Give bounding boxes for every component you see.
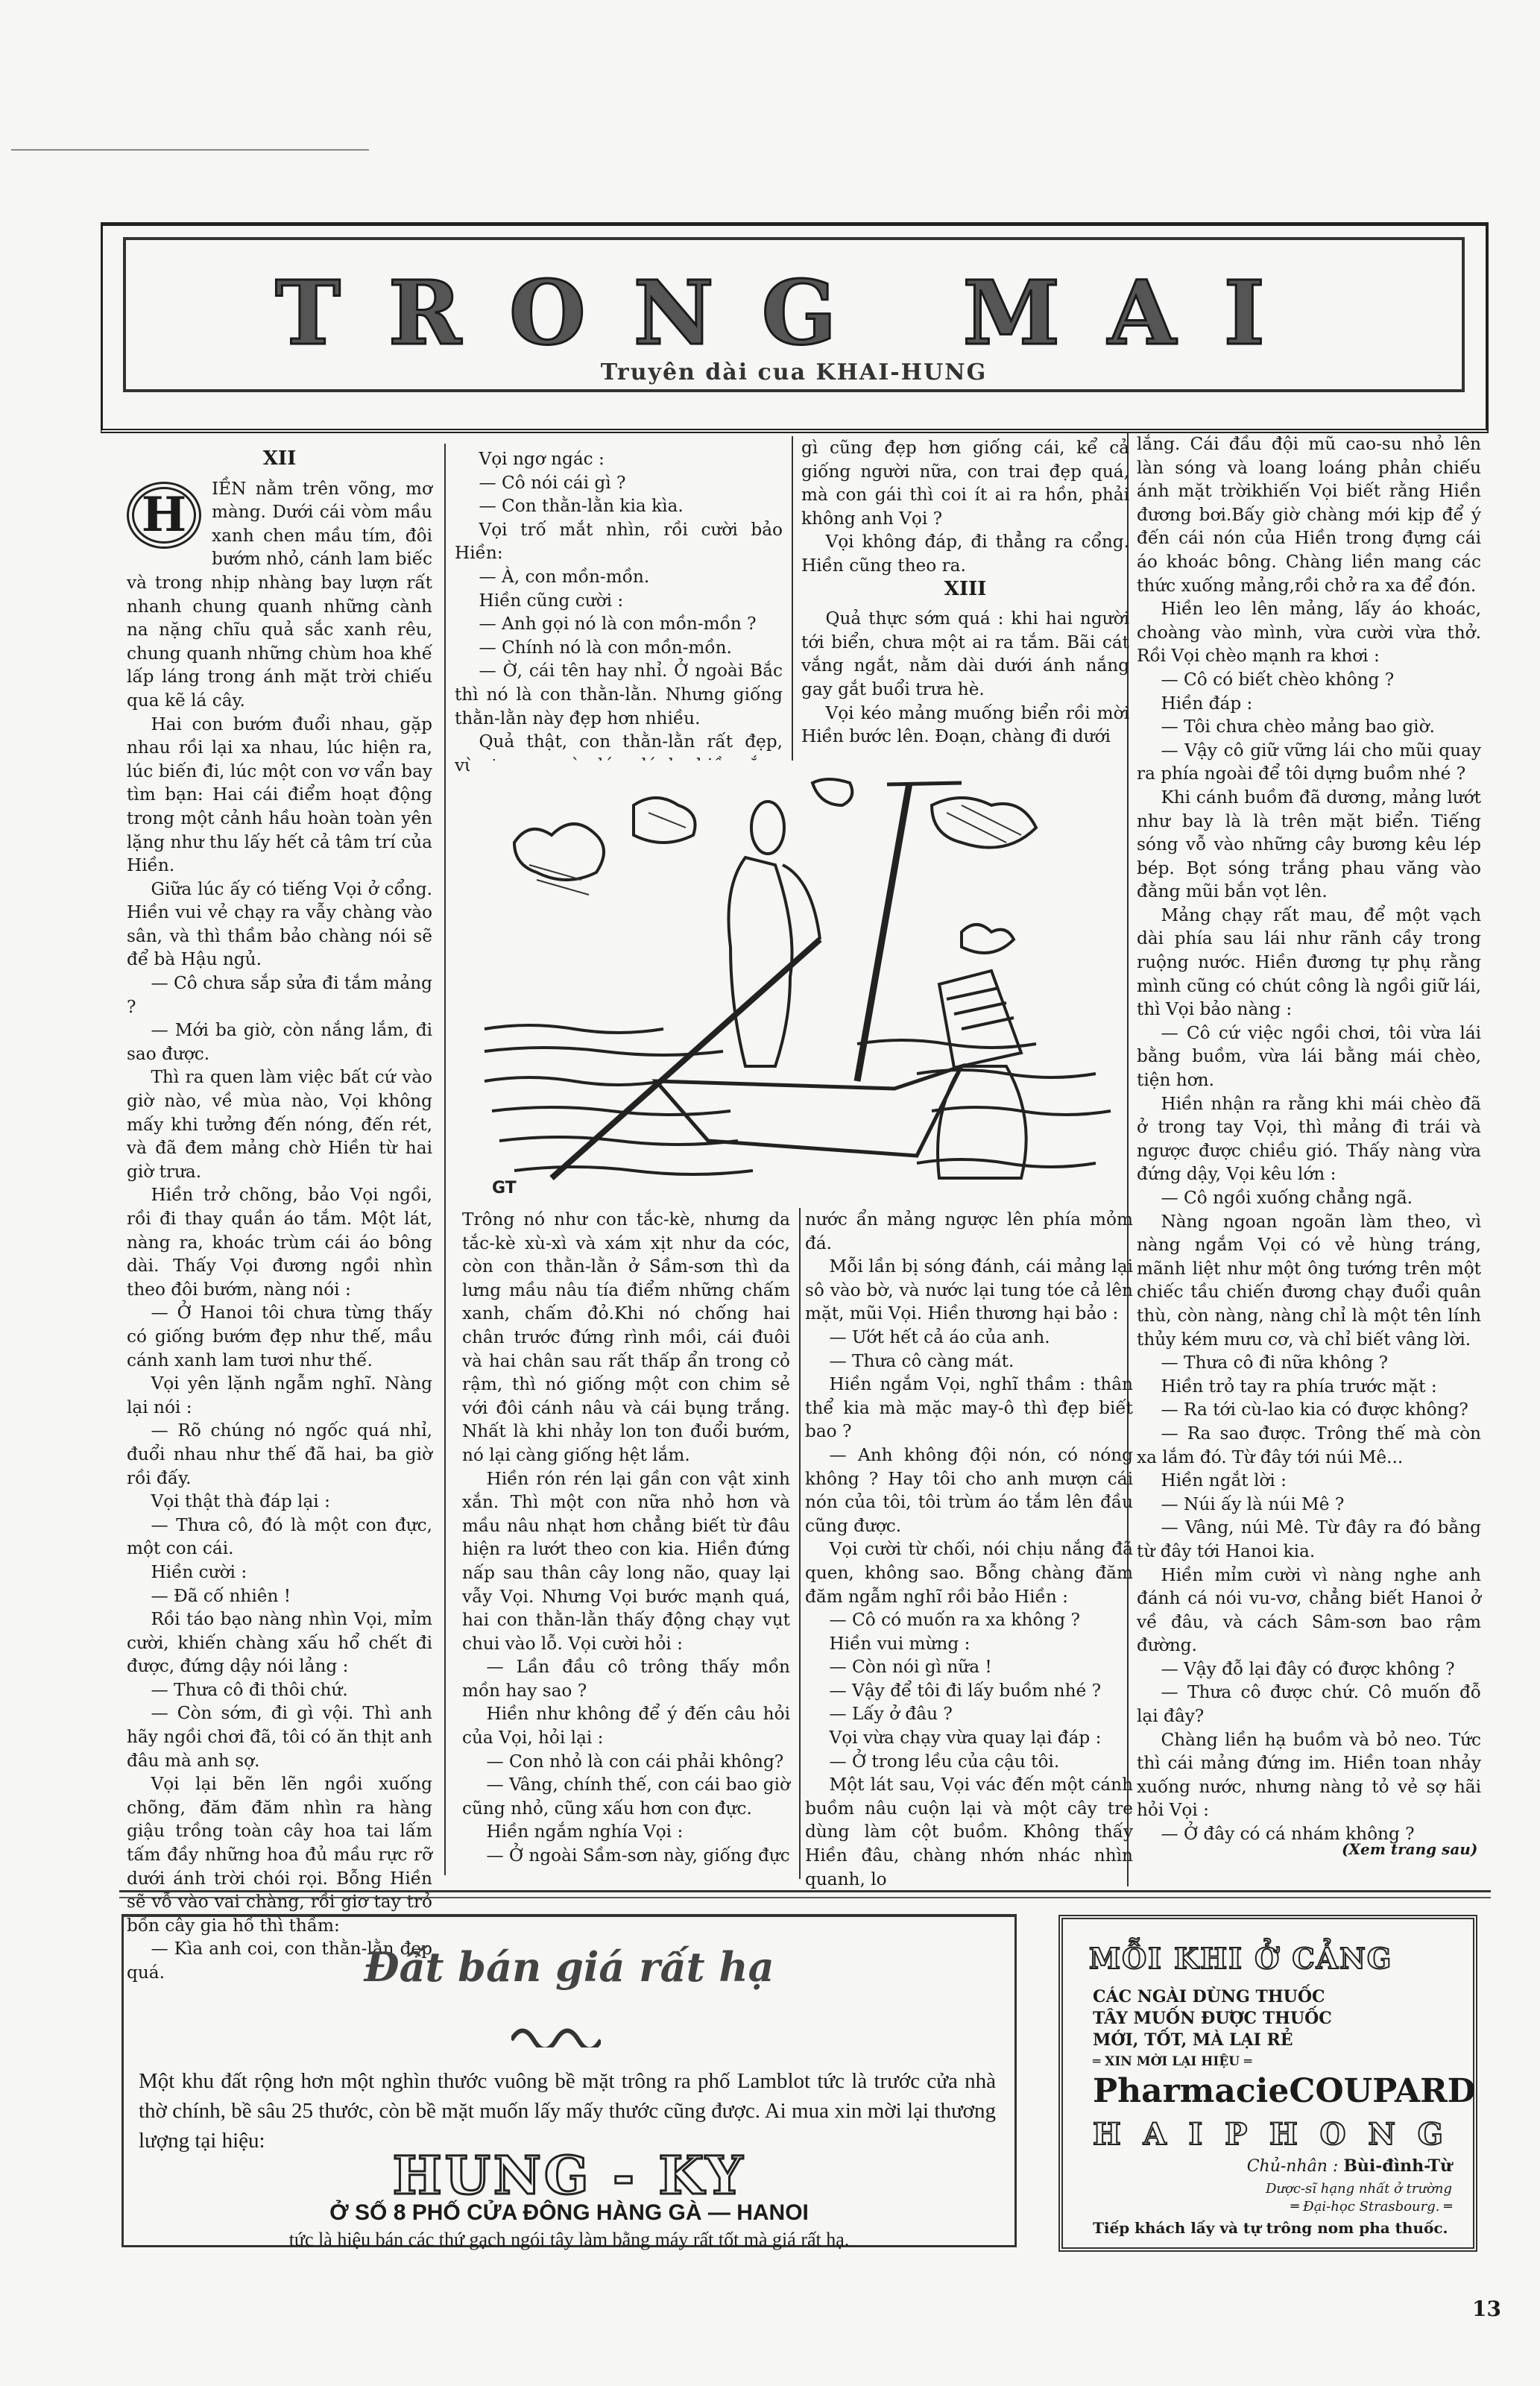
masthead: TRONG MAI Truyên dài cua KHAI-HUNG	[101, 209, 1487, 432]
pharmacy-advertisement: MỖI KHI Ở CẢNG CÁC NGÀI DÙNG THUỐC TÂY M…	[1058, 1915, 1477, 2252]
dialogue-line: — Cô nói cái gì ?	[455, 471, 783, 495]
dialogue-line: — Ở ngoài Sầm-sơn này, giống đực	[462, 1844, 790, 1868]
paragraph: Hiền mỉm cười vì nàng nghe anh đánh cá n…	[1137, 1564, 1481, 1658]
paragraph: Mỗi lần bị sóng đánh, cái mảng lại sô và…	[805, 1255, 1133, 1326]
column-3-top: gì cũng đẹp hơn giống cái, kể cả giống n…	[801, 436, 1129, 749]
section-divider	[119, 1890, 1491, 1898]
paragraph: Vọi kéo mảng muống biển rồi mời Hiền bướ…	[801, 702, 1129, 749]
paragraph: Mảng chạy rất mau, để một vạch dài phía …	[1137, 904, 1481, 1022]
paragraph: Hiền trỏ tay ra phía trước mặt :	[1137, 1375, 1481, 1399]
wave-ornament-icon	[511, 2018, 601, 2047]
dialogue-line: — Tôi chưa chèo mảng bao giờ.	[1137, 715, 1481, 739]
paragraph: Thì ra quen làm việc bất cứ vào giờ nào,…	[127, 1065, 432, 1183]
ad-brand-name: HUNG - KY	[124, 2144, 1014, 2206]
dialogue-line: — À, con mồn-mồn.	[455, 565, 783, 589]
woodcut-boat-illustration: GT	[470, 761, 1126, 1200]
paragraph: Rồi táo bạo nàng nhìn Vọi, mỉm cười, khi…	[127, 1608, 432, 1678]
ad-line: CÁC NGÀI DÙNG THUỐC	[1093, 1986, 1332, 2008]
dialogue-line: — Ra sao được. Trông thế mà còn xa lắm đ…	[1137, 1422, 1481, 1469]
dialogue-line: — Thưa cô đi nữa không ?	[1137, 1351, 1481, 1375]
paragraph: Hiền trở chõng, bảo Vọi ngồi, rồi đi tha…	[127, 1183, 432, 1301]
ad-header: MỖI KHI Ở CẢNG	[1089, 1942, 1392, 1975]
paragraph: Vọi yên lặnh ngẫm nghĩ. Nàng lại nói :	[127, 1372, 432, 1419]
paragraph: Hiền cũng cười :	[455, 589, 783, 613]
serial-byline: Truyên dài cua KHAI-HUNG	[126, 359, 1462, 385]
dialogue-line: — Ở Hanoi tôi chưa từng thấy có giống bư…	[127, 1301, 432, 1372]
paragraph: Vọi lại bẽn lẽn ngồi xuống chõng, đăm đă…	[127, 1772, 432, 1937]
masthead-inner-border: TRONG MAI Truyên dài cua KHAI-HUNG	[123, 237, 1465, 392]
pharmacy-owner: Chủ-nhân : Bùi-đình-Từ	[1247, 2156, 1452, 2176]
paragraph: Vọi vừa chạy vừa quay lại đáp :	[805, 1726, 1133, 1750]
continued-note: (Xem trang sau)	[1342, 1840, 1477, 1858]
paragraph: Hai con bướm đuổi nhau, gặp nhau rồi lại…	[127, 713, 432, 878]
dialogue-line: — Cô có muốn ra xa không ?	[805, 1608, 1133, 1632]
dialogue-line: — Cô chưa sắp sửa đi tắm mảng ?	[127, 972, 432, 1019]
pharmacy-city: HAIPHONG	[1093, 2117, 1443, 2152]
pharmacy-credentials: Dược-sĩ hạng nhất ở trường ═ Đại-học Str…	[1266, 2180, 1452, 2216]
dialogue-line: — Thưa cô đi thôi chứ.	[127, 1678, 432, 1702]
dialogue-line: — Đã cố nhiên !	[127, 1584, 432, 1608]
top-rule	[11, 149, 369, 151]
dialogue-line: — Mới ba giờ, còn nắng lắm, đi sao được.	[127, 1019, 432, 1065]
paragraph: Vọi thật thà đáp lại :	[127, 1490, 432, 1514]
paragraph: Trông nó như con tắc-kè, nhưng da tắc-kè…	[462, 1208, 790, 1467]
dialogue-line: — Anh không đội nón, có nóng không ? Hay…	[805, 1444, 1133, 1537]
ad-line: TÂY MUỐN ĐƯỢC THUỐC	[1093, 2008, 1332, 2030]
ad-line: MỚI, TỐT, MÀ LẠI RẺ	[1093, 2030, 1332, 2051]
dialogue-line: — Thưa cô, đó là một con đực, một con cá…	[127, 1514, 432, 1561]
chapter-heading-xii: XII	[127, 447, 432, 471]
paragraph: Hiền leo lên mảng, lấy áo khoác, choàng …	[1137, 597, 1481, 668]
column-divider	[792, 436, 793, 764]
pharmacy-name: Pharmacie COUPARD	[1093, 2072, 1443, 2110]
pharmacy-name-right: COUPARD	[1289, 2072, 1475, 2110]
dialogue-line: — Con nhỏ là con cái phải không?	[462, 1750, 790, 1774]
paragraph: Khi cánh buồm đã dương, mảng lướt như ba…	[1137, 786, 1481, 904]
dialogue-line: — Cô có biết chèo không ?	[1137, 668, 1481, 692]
paragraph: Vọi không đáp, đi thẳng ra cổng. Hiền cũ…	[801, 530, 1129, 577]
column-1: XII H IỀN nằm trên võng, mơ màng. Dưới c…	[127, 447, 432, 1985]
ad-address: Ở SỐ 8 PHỐ CỬA ĐÔNG HÀNG GÀ — HANOI	[124, 2200, 1014, 2226]
paragraph: Chàng liền hạ buồm và bỏ neo. Tức thì cá…	[1137, 1728, 1481, 1822]
paragraph: Một lát sau, Vọi vác đến một cánh buồm n…	[805, 1773, 1133, 1891]
ad-lines: CÁC NGÀI DÙNG THUỐC TÂY MUỐN ĐƯỢC THUỐC …	[1093, 1986, 1332, 2073]
paragraph: Hiền vui mừng :	[805, 1632, 1133, 1656]
paragraph: Hiền đáp :	[1137, 692, 1481, 716]
paragraph: Hiền ngắm nghía Vọi :	[462, 1820, 790, 1844]
dialogue-line: — Vâng, núi Mê. Từ đây ra đó bằng từ đây…	[1137, 1516, 1481, 1563]
dialogue-line: — Vậy để tôi đi lấy buồm nhé ?	[805, 1679, 1133, 1703]
dialogue-line: — Lần đầu cô trông thấy mồn mồn hay sao …	[462, 1655, 790, 1702]
dialogue-line: — Vậy đỗ lại đây có được không ?	[1137, 1658, 1481, 1681]
paragraph: Hiền cười :	[127, 1561, 432, 1584]
column-divider	[799, 1208, 801, 1879]
dialogue-line: — Rõ chúng nó ngốc quá nhỉ, đuổi nhau nh…	[127, 1419, 432, 1490]
paragraph: Vọi trố mắt nhìn, rồi cười bảo Hiền:	[455, 518, 783, 565]
paragraph: Vọi cười từ chối, nói chịu nắng đã quen,…	[805, 1537, 1133, 1608]
dialogue-line: — Ở trong lều của cậu tôi.	[805, 1750, 1133, 1774]
ad-body: Một khu đất rộng hơn một nghìn thước vuô…	[139, 2066, 996, 2156]
page-number: 13	[1472, 2297, 1501, 2321]
paragraph: gì cũng đẹp hơn giống cái, kể cả giống n…	[801, 436, 1129, 530]
dialogue-line: — Ướt hết cả áo của anh.	[805, 1326, 1133, 1350]
dialogue-line: — Còn nói gì nữa !	[805, 1655, 1133, 1679]
dialogue-line: — Con thằn-lằn kia kìa.	[455, 494, 783, 518]
column-divider	[444, 444, 446, 1875]
paragraph: lắng. Cái đầu đội mũ cao-su nhỏ lên làn …	[1137, 432, 1481, 597]
paragraph: Nàng ngoan ngoãn làm theo, vì nàng ngắm …	[1137, 1210, 1481, 1352]
artist-signature: GT	[492, 1179, 517, 1197]
dialogue-line: — Ra tới cù-lao kia có được không?	[1137, 1398, 1481, 1422]
land-sale-advertisement: Đất bán giá rất hạ Một khu đất rộng hơn …	[122, 1914, 1017, 2247]
pharmacy-name-left: Pharmacie	[1093, 2072, 1289, 2110]
dialogue-line: — Vâng, chính thế, con cái bao giờ cũng …	[462, 1773, 790, 1820]
serial-title: TRONG MAI	[126, 261, 1462, 365]
dialogue-line: — Lấy ở đâu ?	[805, 1702, 1133, 1726]
pharmacy-footer: Tiếp khách lấy và tự trông nom pha thuốc…	[1093, 2219, 1448, 2237]
dropcap-ornament: H	[127, 482, 201, 549]
dialogue-line: — Anh gọi nó là con mồn-mồn ?	[455, 612, 783, 636]
paragraph: Giữa lúc ấy có tiếng Vọi ở cổng. Hiền vu…	[127, 878, 432, 972]
column-3-bottom: nước ẩn mảng ngược lên phía mỏm đá. Mỗi …	[805, 1208, 1133, 1891]
paragraph: nước ẩn mảng ngược lên phía mỏm đá.	[805, 1208, 1133, 1255]
column-2-bottom: Trông nó như con tắc-kè, nhưng da tắc-kè…	[462, 1208, 790, 1868]
dialogue-line: — Cô ngồi xuống chẳng ngã.	[1137, 1186, 1481, 1210]
paragraph: Hiền rón rén lại gần con vật xinh xắn. T…	[462, 1467, 790, 1656]
dialogue-line: — Ờ, cái tên hay nhỉ. Ở ngoài Bắc thì nó…	[455, 659, 783, 730]
paragraph: Hiền ngắt lời :	[1137, 1469, 1481, 1493]
paragraph: Quả thực sớm quá : khi hai người tới biể…	[801, 607, 1129, 701]
column-4: lắng. Cái đầu đội mũ cao-su nhỏ lên làn …	[1137, 432, 1481, 1846]
paragraph: Vọi ngơ ngác :	[455, 447, 783, 471]
dialogue-line: — Cô cứ việc ngồi chơi, tôi vừa lái bằng…	[1137, 1022, 1481, 1092]
dialogue-line: — Còn sớm, đi gì vội. Thì anh hãy ngồi c…	[127, 1702, 432, 1772]
dialogue-line: — Thưa cô được chứ. Cô muốn đỗ lại đây?	[1137, 1681, 1481, 1728]
paragraph: Hiền nhận ra rằng khi mái chèo đã ở tron…	[1137, 1092, 1481, 1186]
paragraph: Hiền như không để ý đến câu hỏi của Vọi,…	[462, 1702, 790, 1749]
chapter-heading-xiii: XIII	[801, 578, 1129, 602]
paragraph: Hiền ngắm Vọi, nghĩ thầm : thân thể kia …	[805, 1373, 1133, 1444]
dialogue-line: — Núi ấy là núi Mê ?	[1137, 1493, 1481, 1517]
dialogue-line: — Chính nó là con mồn-mồn.	[455, 636, 783, 660]
dialogue-line: — Vậy cô giữ vững lái cho mũi quay ra ph…	[1137, 739, 1481, 786]
ad-headline: Đất bán giá rất hạ	[124, 1943, 1014, 1991]
ad-invite: ═ XIN MỜI LẠI HIỆU ═	[1093, 2051, 1332, 2073]
dialogue-line: — Thưa cô càng mát.	[805, 1350, 1133, 1373]
ad-tagline: tức là hiệu bán các thứ gạch ngói tây là…	[124, 2229, 1014, 2251]
column-2-top: Vọi ngơ ngác : — Cô nói cái gì ? — Con t…	[455, 447, 783, 777]
